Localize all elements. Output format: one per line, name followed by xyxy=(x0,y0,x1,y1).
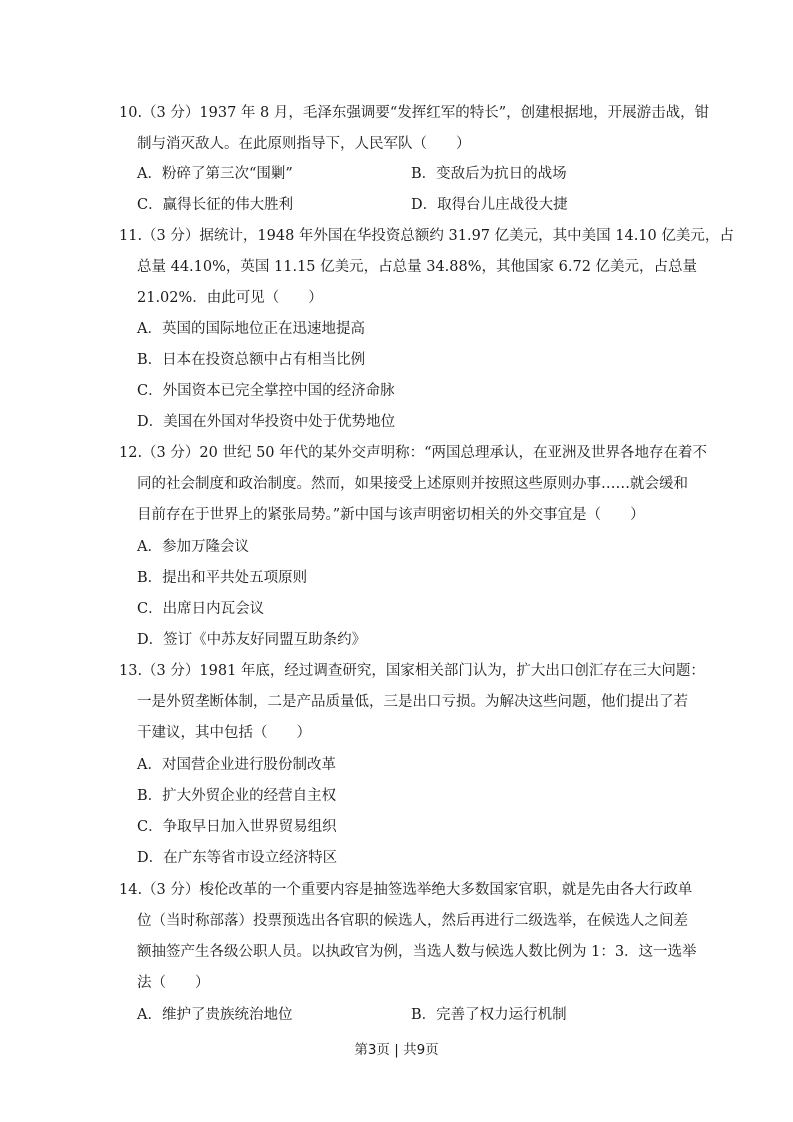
question-12-line-2: 同的社会制度和政治制度。然而，如果接受上述原则并按照这些原则办事……就会缓和 xyxy=(137,474,688,494)
question-10-option-b: B．变敌后为抗日的战场 xyxy=(411,164,567,184)
question-14-line-3: 额抽签产生各级公职人员。以执政官为例，当选人数与候选人数比例为 1：3．这一选举 xyxy=(137,942,697,962)
question-10-option-d: D．取得台儿庄战役大捷 xyxy=(411,195,568,215)
question-12-option-a: A．参加万隆会议 xyxy=(137,537,249,557)
question-10-line-1: 10.（3 分）1937 年 8 月，毛泽东强调要“发挥红军的特长”，创建根据地… xyxy=(119,103,709,123)
question-14-line-2: 位（当时称部落）投票预选出各官职的候选人，然后再进行二级选举，在候选人之间差 xyxy=(137,911,688,931)
question-12-option-d: D．签订《中苏友好同盟互助条约》 xyxy=(137,630,366,650)
question-11-option-a: A．英国的国际地位正在迅速地提高 xyxy=(137,319,365,339)
question-12-option-b: B．提出和平共处五项原则 xyxy=(137,568,307,588)
question-13-option-b: B．扩大外贸企业的经营自主权 xyxy=(137,786,336,806)
question-10-option-a: A．粉碎了第三次“围剿” xyxy=(137,164,293,184)
question-10-option-c: C．赢得长征的伟大胜利 xyxy=(137,195,293,215)
question-11-line-3: 21.02%．由此可见（ ） xyxy=(137,288,323,308)
question-14-option-a: A．维护了贵族统治地位 xyxy=(137,1005,292,1025)
question-11-line-1: 11.（3 分）据统计，1948 年外国在华投资总额约 31.97 亿美元，其中… xyxy=(119,226,734,246)
question-11-option-c: C．外国资本已完全掌控中国的经济命脉 xyxy=(137,381,395,401)
question-10-line-2: 制与消灭敌人。在此原则指导下，人民军队（ ） xyxy=(137,134,471,154)
question-12-line-1: 12.（3 分）20 世纪 50 年代的某外交声明称：“两国总理承认，在亚洲及世… xyxy=(119,443,707,463)
question-11-line-2: 总量 44.10%，英国 11.15 亿美元，占总量 34.88%，其他国家 6… xyxy=(137,257,697,277)
question-11-option-b: B．日本在投资总额中占有相当比例 xyxy=(137,350,365,370)
page-footer: 第3页 | 共9页 xyxy=(0,1038,793,1058)
question-14-line-4: 法（ ） xyxy=(137,973,210,993)
question-12-line-3: 目前存在于世界上的紧张局势。”新中国与该声明密切相关的外交事宜是（ ） xyxy=(137,505,645,525)
document-page: 10.（3 分）1937 年 8 月，毛泽东强调要“发挥红军的特长”，创建根据地… xyxy=(0,0,793,1122)
question-12-option-c: C．出席日内瓦会议 xyxy=(137,599,264,619)
question-13-line-3: 干建议，其中包括（ ） xyxy=(137,723,311,743)
question-13-option-d: D．在广东等省市设立经济特区 xyxy=(137,848,337,868)
question-13-line-1: 13.（3 分）1981 年底，经过调查研究，国家相关部门认为，扩大出口创汇存在… xyxy=(119,661,705,681)
question-13-line-2: 一是外贸垄断体制，二是产品质量低，三是出口亏损。为解决这些问题，他们提出了若 xyxy=(137,692,688,712)
question-14-option-b: B．完善了权力运行机制 xyxy=(411,1005,567,1025)
question-13-option-c: C．争取早日加入世界贸易组织 xyxy=(137,817,337,837)
question-13-option-a: A．对国营企业进行股份制改革 xyxy=(137,755,336,775)
question-14-line-1: 14.（3 分）梭伦改革的一个重要内容是抽签选举绝大多数国家官职，就是先由各大行… xyxy=(119,880,692,900)
question-11-option-d: D．美国在外国对华投资中处于优势地位 xyxy=(137,412,395,432)
